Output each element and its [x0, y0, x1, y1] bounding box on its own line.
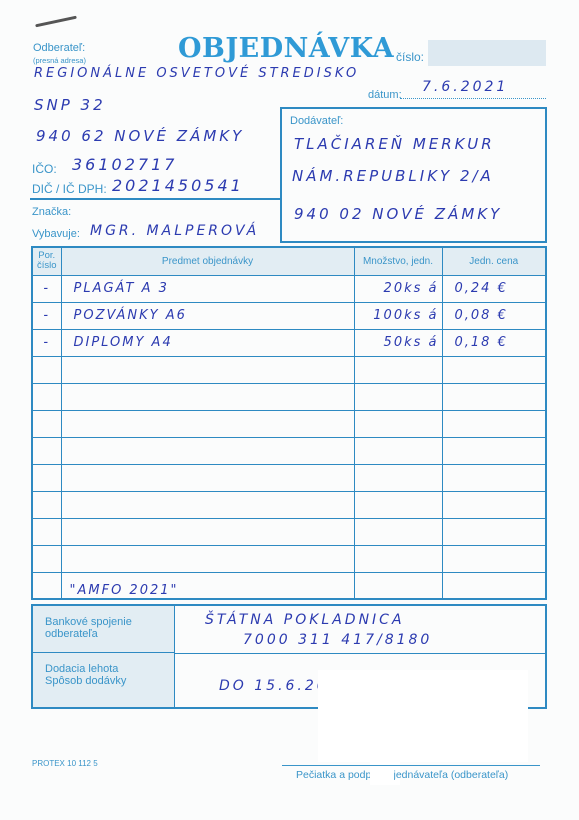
- delivery-label-line1: Dodacia lehota: [45, 663, 174, 675]
- row-unit-price: [442, 572, 546, 599]
- odberatel-city: 940 62 NOVÉ ZÁMKY: [36, 127, 244, 145]
- table-row: "AMFO 2021": [32, 572, 546, 599]
- row-number: [32, 518, 61, 545]
- odberatel-name: REGIONÁLNE OSVETOVÉ STREDISKO: [34, 66, 359, 81]
- signature-label: Pečiatka a podpis objednávateľa (odberat…: [296, 769, 508, 781]
- table-row: [32, 518, 546, 545]
- order-items-table: Por. číslo Predmet objednávky Množstvo, …: [31, 246, 547, 600]
- table-row: [32, 410, 546, 437]
- table-row: [32, 383, 546, 410]
- cislo-label: číslo:: [396, 50, 424, 64]
- dodavatel-city: 940 02 NOVÉ ZÁMKY: [294, 205, 502, 223]
- table-row: [32, 437, 546, 464]
- table-row: -DIPLOMY A450ks á0,18 €: [32, 329, 546, 356]
- dodavatel-name: TLAČIAREŇ MERKUR: [294, 135, 495, 153]
- vybavuje-value: MGR. MALPEROVÁ: [90, 223, 259, 239]
- row-item: [61, 383, 354, 410]
- vybavuje-label: Vybavuje:: [32, 228, 80, 240]
- row-item: POZVÁNKY A6: [61, 302, 354, 329]
- order-number-field[interactable]: [428, 40, 546, 66]
- bank-label: Bankové spojenie odberateľa: [33, 606, 175, 653]
- row-number: [32, 410, 61, 437]
- row-unit-price: [442, 356, 546, 383]
- row-unit-price: [442, 491, 546, 518]
- row-quantity: [354, 356, 442, 383]
- row-item: [61, 464, 354, 491]
- row-number: [32, 383, 61, 410]
- row-number: -: [32, 275, 61, 302]
- table-row: -POZVÁNKY A6100ks á0,08 €: [32, 302, 546, 329]
- row-quantity: [354, 518, 442, 545]
- bank-divider: [175, 653, 545, 654]
- dodavatel-label: Dodávateľ:: [290, 115, 343, 127]
- redaction-block: [318, 670, 528, 762]
- odberatel-sublabel: (presná adresa): [33, 56, 86, 65]
- row-number: [32, 356, 61, 383]
- row-number: [32, 545, 61, 572]
- row-quantity: [354, 437, 442, 464]
- odberatel-label: Odberateľ:: [33, 42, 85, 54]
- col-header-number-line2: číslo: [33, 261, 61, 271]
- row-unit-price: [442, 383, 546, 410]
- document-title: OBJEDNÁVKA: [178, 33, 394, 64]
- row-item: [61, 491, 354, 518]
- row-quantity: [354, 383, 442, 410]
- row-unit-price: [442, 464, 546, 491]
- table-header-row: Por. číslo Predmet objednávky Množstvo, …: [32, 247, 546, 275]
- redaction-block: [370, 766, 394, 783]
- form-code: PROTEX 10 112 5: [32, 759, 98, 768]
- bank-account: 7000 311 417/8180: [243, 632, 432, 648]
- table-row: -PLAGÁT A 320ks á0,24 €: [32, 275, 546, 302]
- separator-line: [30, 198, 282, 200]
- bank-label-line2: odberateľa: [45, 628, 174, 640]
- row-item: DIPLOMY A4: [61, 329, 354, 356]
- row-item: [61, 410, 354, 437]
- ico-label: IČO:: [32, 162, 57, 176]
- col-header-quantity: Množstvo, jedn.: [354, 247, 442, 275]
- row-quantity: [354, 572, 442, 599]
- odberatel-street: SNP 32: [34, 96, 106, 114]
- row-quantity: [354, 410, 442, 437]
- row-number: -: [32, 302, 61, 329]
- row-unit-price: [442, 437, 546, 464]
- datum-label: dátum:: [368, 89, 402, 101]
- table-row: [32, 491, 546, 518]
- row-item: [61, 356, 354, 383]
- znacka-label: Značka:: [32, 206, 71, 218]
- dic-value: 2021450541: [112, 176, 244, 195]
- table-row: [32, 464, 546, 491]
- col-header-item: Predmet objednávky: [61, 247, 354, 275]
- dodavatel-box: Dodávateľ: TLAČIAREŇ MERKUR NÁM.REPUBLIK…: [280, 107, 547, 243]
- col-header-number: Por. číslo: [32, 247, 61, 275]
- row-quantity: [354, 464, 442, 491]
- row-unit-price: 0,18 €: [442, 329, 546, 356]
- signature-line: [282, 765, 540, 766]
- row-item: [61, 545, 354, 572]
- row-unit-price: [442, 518, 546, 545]
- table-row: [32, 356, 546, 383]
- bank-name: ŠTÁTNA POKLADNICA: [205, 612, 405, 628]
- row-unit-price: [442, 545, 546, 572]
- row-number: -: [32, 329, 61, 356]
- row-quantity: 100ks á: [354, 302, 442, 329]
- row-number: [32, 491, 61, 518]
- dodavatel-street: NÁM.REPUBLIKY 2/A: [292, 167, 494, 185]
- row-item: [61, 518, 354, 545]
- delivery-label-line2: Spôsob dodávky: [45, 675, 174, 687]
- row-quantity: 20ks á: [354, 275, 442, 302]
- row-unit-price: [442, 410, 546, 437]
- ico-value: 36102717: [72, 155, 177, 174]
- pen-mark: [35, 16, 77, 28]
- datum-value[interactable]: 7.6.2021: [422, 79, 508, 95]
- row-quantity: 50ks á: [354, 329, 442, 356]
- datum-line: [400, 98, 546, 99]
- row-quantity: [354, 491, 442, 518]
- col-header-unit-price: Jedn. cena: [442, 247, 546, 275]
- table-row: [32, 545, 546, 572]
- row-item: "AMFO 2021": [61, 572, 354, 599]
- dic-label: DIČ / IČ DPH:: [32, 182, 107, 196]
- row-number: [32, 437, 61, 464]
- row-quantity: [354, 545, 442, 572]
- row-unit-price: 0,24 €: [442, 275, 546, 302]
- delivery-label: Dodacia lehota Spôsob dodávky: [33, 653, 175, 707]
- row-unit-price: 0,08 €: [442, 302, 546, 329]
- row-number: [32, 572, 61, 599]
- row-number: [32, 464, 61, 491]
- row-item: PLAGÁT A 3: [61, 275, 354, 302]
- bank-label-line1: Bankové spojenie: [45, 616, 174, 628]
- row-item: [61, 437, 354, 464]
